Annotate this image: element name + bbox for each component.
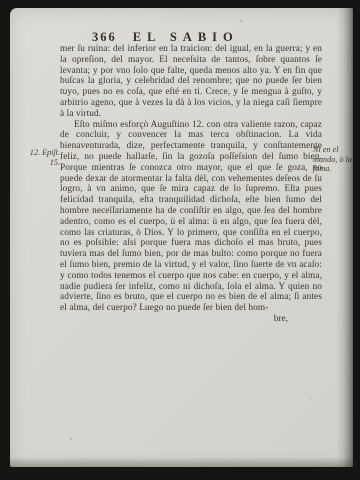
page-number: 366 bbox=[92, 30, 117, 44]
scan-speckle bbox=[70, 438, 72, 440]
margin-note-citation: 12. Epiſt. 15. bbox=[26, 148, 60, 167]
scan-speckle bbox=[240, 20, 242, 22]
book-page: 366EL SABIO 12. Epiſt. 15. Ni en el mand… bbox=[10, 8, 353, 467]
paragraph-augustine: Eſto miſmo esforçò Auguſtino 12. con otr… bbox=[60, 120, 322, 314]
scanned-book-page: 366EL SABIO 12. Epiſt. 15. Ni en el mand… bbox=[0, 0, 360, 480]
main-text-block: mer ſu ruina: del inferior en la traicio… bbox=[60, 44, 322, 325]
page-edge-shadow bbox=[337, 8, 353, 467]
scan-speckle bbox=[310, 398, 312, 399]
catchword: bre, bbox=[60, 314, 322, 325]
paragraph-continuation: mer ſu ruina: del inferior en la traicio… bbox=[60, 44, 322, 120]
page-bottom-shadow bbox=[10, 457, 353, 467]
running-title: EL SABIO bbox=[133, 30, 239, 44]
